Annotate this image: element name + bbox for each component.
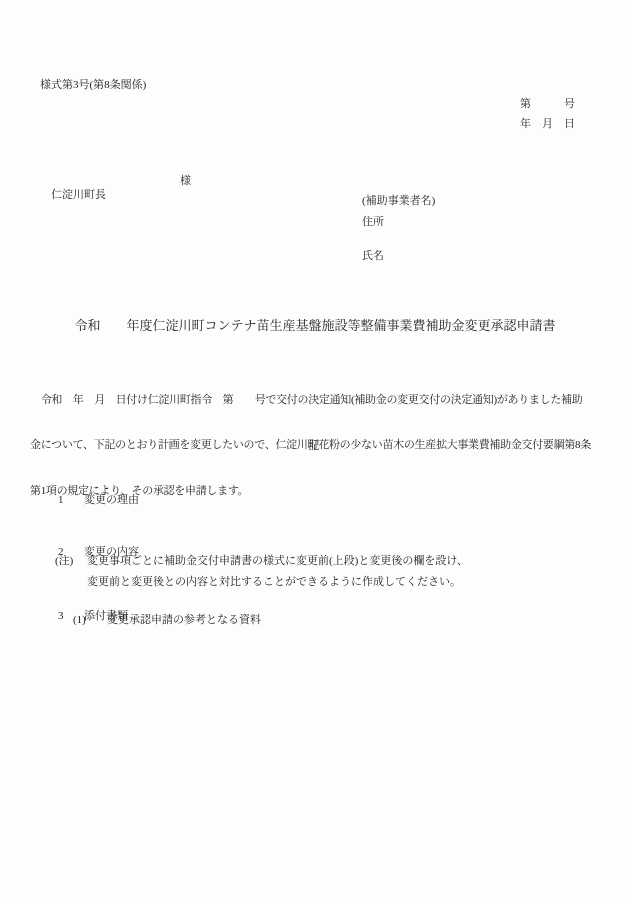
document-date-line: 年 月 日	[520, 118, 575, 132]
item-label: 変更の理由	[84, 494, 139, 506]
note-label: (注)	[55, 555, 73, 569]
document-title: 令和 年度仁淀川町コンテナ苗生産基盤施設等整備事業費補助金変更承認申請書	[0, 318, 630, 334]
application-form-page: 様式第3号(第8条関係) 第 号 年 月 日 仁淀川町長 様 (補助事業者名) …	[0, 0, 630, 903]
body-line: 令和 年 月 日付け仁淀川町指令 第 号で交付の決定通知(補助金の変更交付の決定…	[30, 391, 615, 409]
attachment-item-label: 変更承認申請の参考となる資料	[107, 614, 261, 628]
addressee-row: 仁淀川町長 様	[40, 175, 340, 230]
applicant-address-label: 住所	[362, 216, 384, 230]
addressee-name: 仁淀川町長	[51, 189, 106, 201]
addressee-honorific: 様	[180, 175, 191, 189]
record-marker: 記	[30, 440, 598, 454]
form-number: 様式第3号(第8条関係)	[40, 79, 146, 93]
attachment-item-number: (1)	[73, 614, 86, 628]
document-number-line: 第 号	[520, 98, 575, 112]
applicant-name-label: (補助事業者名)	[362, 195, 435, 209]
list-item-reason: 1変更の理由	[47, 480, 139, 521]
applicant-person-label: 氏名	[362, 250, 384, 264]
item-number: 1	[58, 494, 84, 508]
note-line: 変更事項ごとに補助金交付申請書の様式に変更前(上段)と変更後の欄を設け、	[87, 555, 468, 569]
note-line: 変更前と変更後との内容と対比することができるように作成してください。	[87, 576, 461, 590]
